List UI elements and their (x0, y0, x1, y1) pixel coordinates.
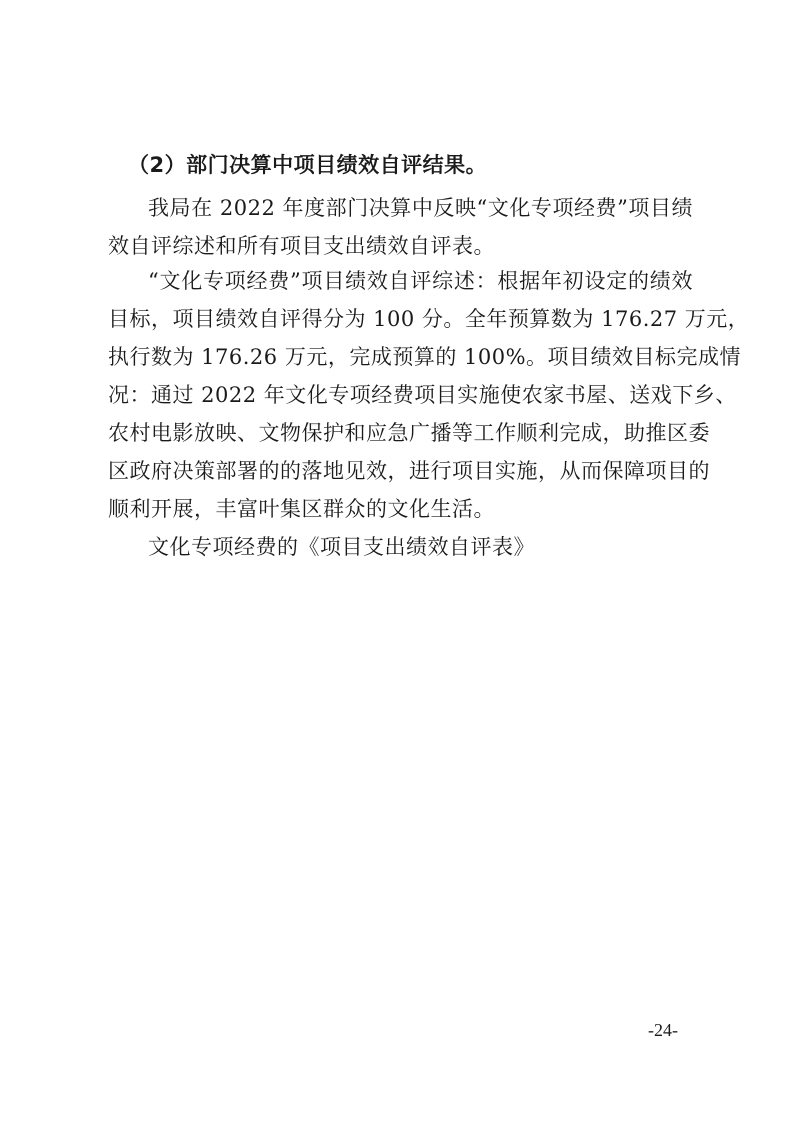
paragraph-2-line-4: 况：通过 2022 年文化专项经费项目实施使农家书屋、送戏下乡、 (108, 380, 693, 410)
paragraph-2-line-3: 执行数为 176.26 万元，完成预算的 100%。项目绩效目标完成情 (108, 342, 693, 372)
paragraph-3-line-1: 文化专项经费的《项目支出绩效自评表》 (148, 532, 693, 562)
section-heading: （2）部门决算中项目绩效自评结果。 (128, 150, 713, 180)
paragraph-1-line-2: 效自评综述和所有项目支出绩效自评表。 (108, 231, 693, 261)
paragraph-2-line-5: 农村电影放映、文物保护和应急广播等工作顺利完成，助推区委 (108, 418, 693, 448)
paragraph-2-line-2: 目标，项目绩效自评得分为 100 分。全年预算数为 176.27 万元， (108, 304, 693, 334)
paragraph-2-line-1: “文化专项经费”项目绩效自评综述：根据年初设定的绩效 (148, 266, 693, 296)
paragraph-2-line-6: 区政府决策部署的的落地见效，进行项目实施，从而保障项目的 (108, 456, 693, 486)
paragraph-2-line-7: 顺利开展，丰富叶集区群众的文化生活。 (108, 494, 693, 524)
page-number: -24- (648, 1020, 678, 1041)
paragraph-1-line-1: 我局在 2022 年度部门决算中反映“文化专项经费”项目绩 (148, 193, 693, 223)
